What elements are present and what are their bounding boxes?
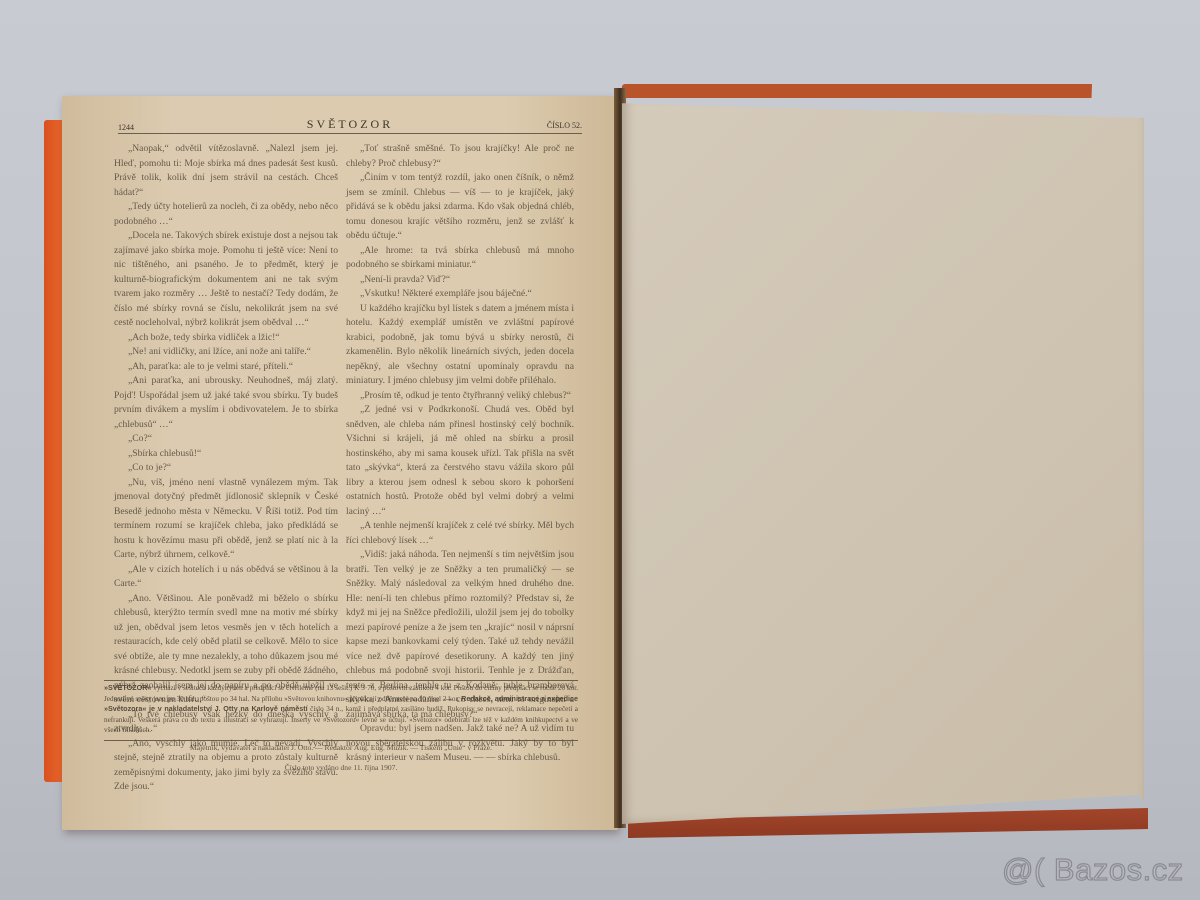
paragraph: „Ale v cizích hotelích i u nás obědvá se… <box>114 563 338 592</box>
paragraph: U každého krajíčku byl lístek s datem a … <box>346 302 574 389</box>
bazos-watermark: @( Bazos.cz <box>1002 852 1184 888</box>
paragraph: „Naopak,“ odvětil vítězoslavně. „Nalezl … <box>114 142 338 200</box>
paragraph: „Činím v tom tentýž rozdíl, jako onen čí… <box>346 171 574 244</box>
paragraph: „Tedy účty hotelierů za nocleh, či za ob… <box>114 200 338 229</box>
publication-imprint: »SVĚTOZOR« vychází v sešitech každý týde… <box>104 680 578 741</box>
paragraph: „Prosím tě, odkud je tento čtyřhranný ve… <box>346 389 574 404</box>
paragraph: „Ah, paraťka: ale to je velmi staré, pří… <box>114 360 338 375</box>
book-cover-top-edge <box>622 84 1092 98</box>
paragraph: „Toť strašně směšné. To jsou krajíčky! A… <box>346 142 574 171</box>
issue-number: ČÍSLO 52. <box>547 121 582 130</box>
paragraph: „Docela ne. Takových sbírek existuje dos… <box>114 229 338 331</box>
paragraph: „Ach bože, tedy sbírka vidliček a lžic!“ <box>114 331 338 346</box>
paragraph: „Z jedné vsi v Podkrkonoší. Chudá ves. O… <box>346 403 574 519</box>
text-column-2: „Toť strašně směšné. To jsou krajíčky! A… <box>346 142 574 766</box>
paragraph: „Co to je?“ <box>114 461 338 476</box>
issue-date-line: Číslo toto vydáno dne 11. října 1907. <box>104 758 578 778</box>
paragraph: „Ale hrome: ta tvá sbírka chlebusů má mn… <box>346 244 574 273</box>
paragraph: „Ne! ani vidličky, ani lžíce, ani nože a… <box>114 345 338 360</box>
imprint-masthead: »SVĚTOZOR« <box>104 683 151 692</box>
paragraph: „Co?“ <box>114 432 338 447</box>
right-page-blank-endpaper <box>622 96 1144 824</box>
paragraph: „A tenhle nejmenší krajíček z celé tvé s… <box>346 519 574 548</box>
paragraph: „Vskutku! Některé exempláře jsou báječné… <box>346 287 574 302</box>
paragraph: „Sbírka chlebusů!“ <box>114 447 338 462</box>
page-header: 1244 SVĚTOZOR ČÍSLO 52. <box>118 117 582 134</box>
magazine-title: SVĚTOZOR <box>118 117 582 132</box>
paragraph: „Nu, víš, jméno není vlastně vynálezem m… <box>114 476 338 563</box>
paragraph: „Ani paraťka, ani ubrousky. Neuhodneš, m… <box>114 374 338 432</box>
publisher-credits: Majetník, vydavatel a nakladatel J. Otto… <box>104 738 578 778</box>
publisher-line: Majetník, vydavatel a nakladatel J. Otto… <box>104 738 578 758</box>
paragraph: „Není-li pravda? Viď?“ <box>346 273 574 288</box>
